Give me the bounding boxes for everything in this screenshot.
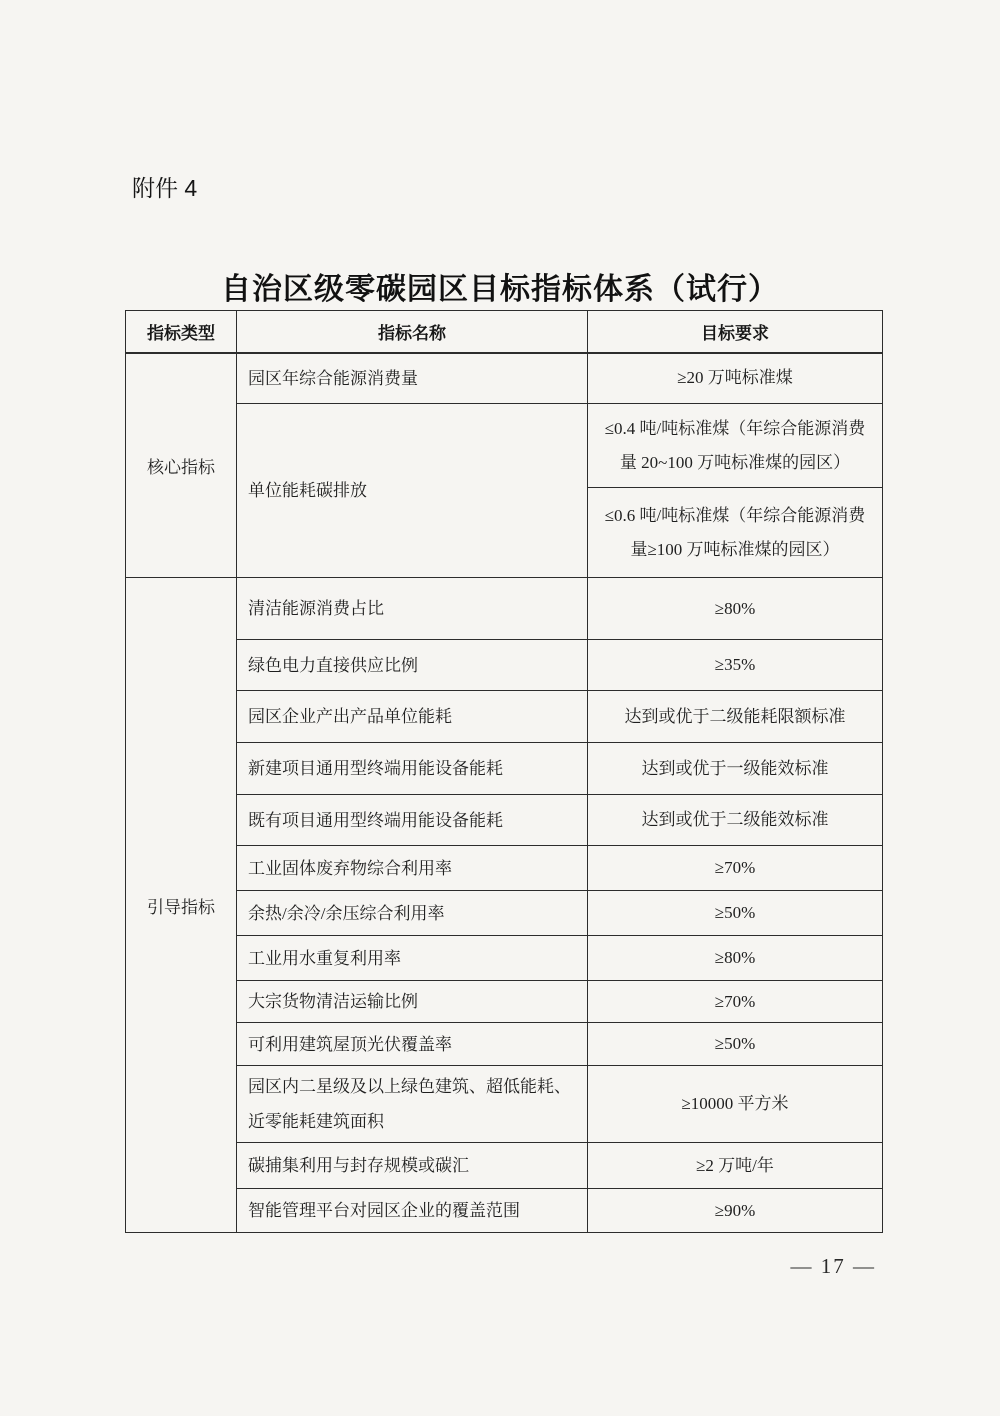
indicator-target: ≥2 万吨/年 <box>588 1143 883 1189</box>
indicator-target: 达到或优于二级能效标准 <box>588 795 883 846</box>
table-row: 工业固体废弃物综合利用率 ≥70% <box>126 846 883 891</box>
indicator-name: 可利用建筑屋顶光伏覆盖率 <box>237 1023 588 1066</box>
table-row: 园区内二星级及以上绿色建筑、超低能耗、近零能耗建筑面积 ≥10000 平方米 <box>126 1066 883 1143</box>
indicator-target: ≥90% <box>588 1189 883 1233</box>
page-title: 自治区级零碳园区目标指标体系（试行） <box>0 264 1000 308</box>
table-row: 单位能耗碳排放 ≤0.4 吨/吨标准煤（年综合能源消费量 20~100 万吨标准… <box>126 404 883 488</box>
table-row: 既有项目通用型终端用能设备能耗 达到或优于二级能效标准 <box>126 795 883 846</box>
indicator-target: ≥80% <box>588 936 883 981</box>
indicator-target: ≤0.4 吨/吨标准煤（年综合能源消费量 20~100 万吨标准煤的园区） <box>588 404 883 488</box>
indicator-name: 新建项目通用型终端用能设备能耗 <box>237 743 588 795</box>
indicator-name: 园区企业产出产品单位能耗 <box>237 691 588 743</box>
page-number: — 17 — <box>791 1254 877 1279</box>
indicator-target: ≥20 万吨标准煤 <box>588 353 883 404</box>
indicator-name: 既有项目通用型终端用能设备能耗 <box>237 795 588 846</box>
table-row: 园区企业产出产品单位能耗 达到或优于二级能耗限额标准 <box>126 691 883 743</box>
indicator-name: 大宗货物清洁运输比例 <box>237 981 588 1023</box>
indicator-name: 清洁能源消费占比 <box>237 578 588 640</box>
table-row: 工业用水重复利用率 ≥80% <box>126 936 883 981</box>
indicator-name: 智能管理平台对园区企业的覆盖范围 <box>237 1189 588 1233</box>
header-cell-target: 目标要求 <box>588 311 883 353</box>
header-cell-indicator-name: 指标名称 <box>237 311 588 353</box>
table-row: 碳捕集利用与封存规模或碳汇 ≥2 万吨/年 <box>126 1143 883 1189</box>
indicator-name: 绿色电力直接供应比例 <box>237 640 588 691</box>
indicator-target: ≥50% <box>588 1023 883 1066</box>
indicator-name: 余热/余冷/余压综合利用率 <box>237 891 588 936</box>
category-core-indicators: 核心指标 <box>126 353 237 578</box>
table-row: 绿色电力直接供应比例 ≥35% <box>126 640 883 691</box>
table-row: 智能管理平台对园区企业的覆盖范围 ≥90% <box>126 1189 883 1233</box>
indicator-target: ≥50% <box>588 891 883 936</box>
indicator-name: 园区内二星级及以上绿色建筑、超低能耗、近零能耗建筑面积 <box>237 1066 588 1143</box>
indicator-name: 工业用水重复利用率 <box>237 936 588 981</box>
indicator-target: 达到或优于二级能耗限额标准 <box>588 691 883 743</box>
indicator-target: 达到或优于一级能效标准 <box>588 743 883 795</box>
indicator-table: 指标类型 指标名称 目标要求 核心指标 园区年综合能源消费量 ≥20 万吨标准煤… <box>125 310 883 1233</box>
header-cell-indicator-type: 指标类型 <box>126 311 237 353</box>
table-row: 余热/余冷/余压综合利用率 ≥50% <box>126 891 883 936</box>
category-guiding-indicators: 引导指标 <box>126 578 237 1233</box>
table-row: 大宗货物清洁运输比例 ≥70% <box>126 981 883 1023</box>
indicator-target: ≥10000 平方米 <box>588 1066 883 1143</box>
indicator-name: 工业固体废弃物综合利用率 <box>237 846 588 891</box>
table-row: 引导指标 清洁能源消费占比 ≥80% <box>126 578 883 640</box>
indicator-target: ≥35% <box>588 640 883 691</box>
table-row: 核心指标 园区年综合能源消费量 ≥20 万吨标准煤 <box>126 353 883 404</box>
indicator-name: 园区年综合能源消费量 <box>237 353 588 404</box>
indicator-name: 碳捕集利用与封存规模或碳汇 <box>237 1143 588 1189</box>
indicator-target: ≥70% <box>588 981 883 1023</box>
document-page: 附件 4 自治区级零碳园区目标指标体系（试行） 指标类型 指标名称 目标要求 核… <box>0 0 1000 1416</box>
indicator-target: ≥70% <box>588 846 883 891</box>
table-row: 新建项目通用型终端用能设备能耗 达到或优于一级能效标准 <box>126 743 883 795</box>
attachment-label: 附件 4 <box>132 174 197 202</box>
indicator-name: 单位能耗碳排放 <box>237 404 588 578</box>
table-header-row: 指标类型 指标名称 目标要求 <box>126 311 883 353</box>
indicator-target: ≥80% <box>588 578 883 640</box>
indicator-target: ≤0.6 吨/吨标准煤（年综合能源消费量≥100 万吨标准煤的园区） <box>588 488 883 578</box>
table-row: 可利用建筑屋顶光伏覆盖率 ≥50% <box>126 1023 883 1066</box>
